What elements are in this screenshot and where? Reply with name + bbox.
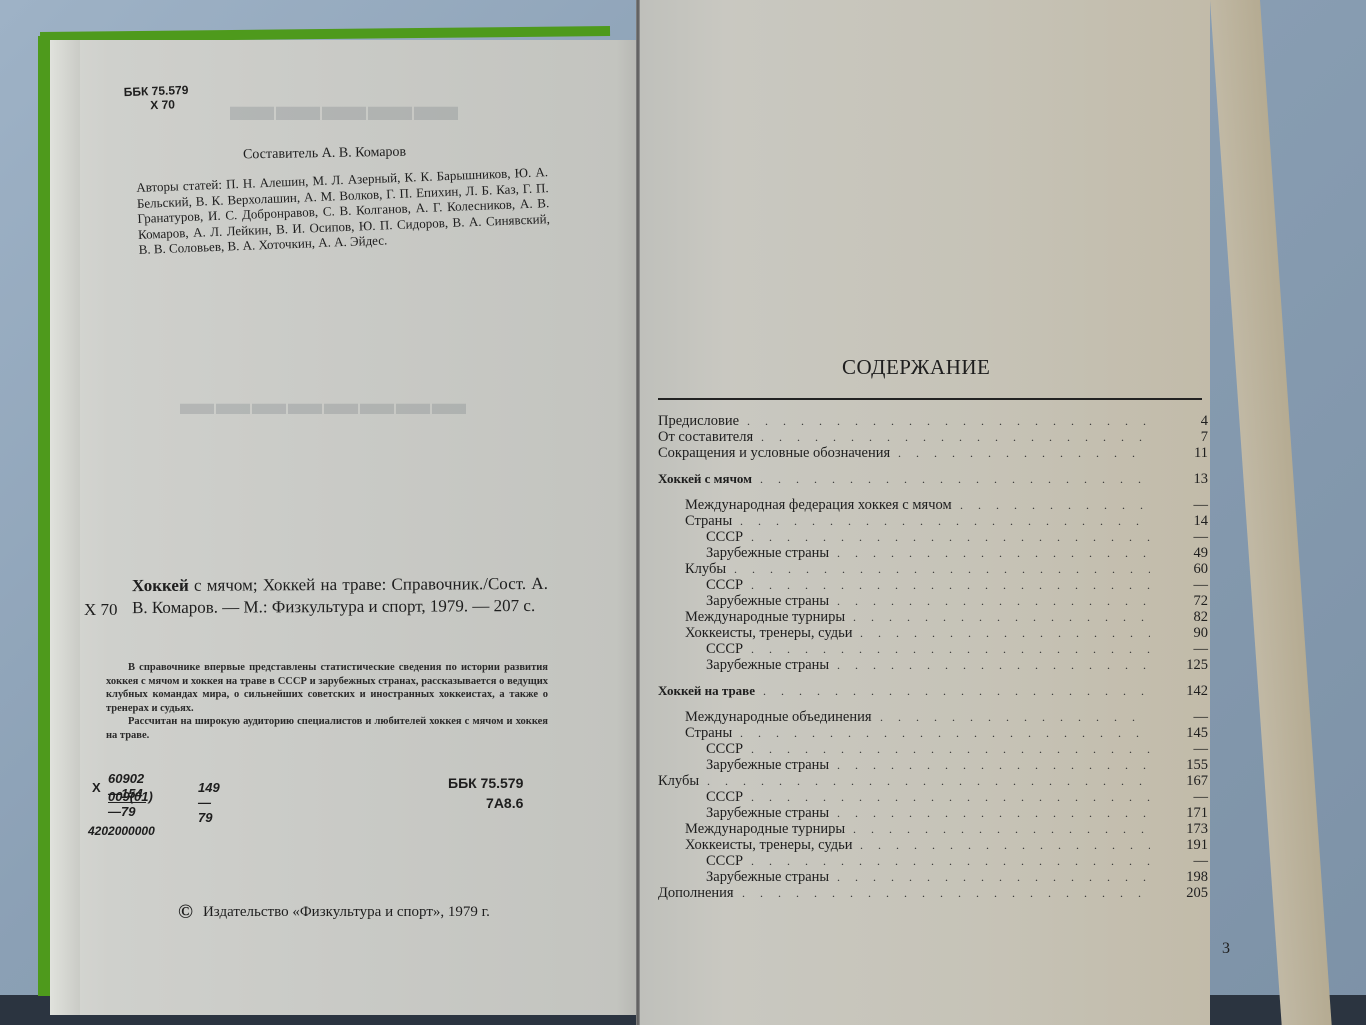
toc-entry-page: 82 xyxy=(1164,609,1208,625)
copyright-icon: © xyxy=(178,901,193,923)
toc-entry-page: 90 xyxy=(1164,625,1208,641)
bbk-line-1: ББК 75.579 xyxy=(124,83,189,99)
toc-title-rule xyxy=(658,398,1202,400)
toc-entry: Зарубежные страны.......................… xyxy=(658,593,1208,609)
toc-entry-label: СССР xyxy=(706,641,743,657)
toc-entry-label: Хоккей с мячом xyxy=(658,471,752,487)
toc-entry-label: Страны xyxy=(685,725,732,741)
annotation: В справочнике впервые представлены стати… xyxy=(106,661,548,743)
toc-entry: Дополнения..............................… xyxy=(658,885,1208,901)
toc-entry: Страны..................................… xyxy=(658,513,1208,529)
toc-entry-label: Зарубежные страны xyxy=(706,545,829,561)
toc-entry-page: 60 xyxy=(1164,561,1208,577)
toc-leader-dots: ........................................ xyxy=(860,625,1150,641)
toc-entry: Клубы...................................… xyxy=(658,561,1208,577)
toc-entry-page: — xyxy=(1164,853,1208,869)
toc-entry-label: Хоккей на траве xyxy=(658,683,755,699)
toc-entry: Предисловие.............................… xyxy=(658,413,1208,429)
toc-leader-dots: ........................................ xyxy=(751,741,1150,757)
toc-leader-dots: ........................................ xyxy=(837,757,1150,773)
toc-entry: СССР....................................… xyxy=(658,529,1208,545)
toc-leader-dots: ........................................ xyxy=(880,709,1150,725)
toc-entry-label: Зарубежные страны xyxy=(706,657,829,673)
toc-entry-label: Страны xyxy=(685,513,732,529)
toc-entry-page: — xyxy=(1164,497,1208,513)
toc-entry-page: — xyxy=(1164,577,1208,593)
toc-entry-page: 167 xyxy=(1164,773,1208,789)
toc-entry: Хоккей с мячом..........................… xyxy=(658,471,1208,487)
fraction-prefix: Х xyxy=(92,780,101,795)
toc-leader-dots: ........................................ xyxy=(751,641,1150,657)
biblio-title-bold: Хоккей xyxy=(132,576,189,595)
toc-entry-page: 72 xyxy=(1164,593,1208,609)
bibliographic-record: Хоккей с мячом; Хоккей на траве: Справоч… xyxy=(132,573,548,618)
toc-leader-dots: ........................................ xyxy=(747,413,1150,429)
fraction-suffix: 149—79 xyxy=(198,780,220,825)
toc-entry: СССР....................................… xyxy=(658,789,1208,805)
toc-entry-label: Хоккеисты, тренеры, судьи xyxy=(685,837,852,853)
toc-leader-dots: ........................................ xyxy=(734,561,1150,577)
toc-entry: Зарубежные страны.......................… xyxy=(658,757,1208,773)
toc-leader-dots: ........................................ xyxy=(740,725,1150,741)
toc-entry: Зарубежные страны.......................… xyxy=(658,805,1208,821)
toc-entry: Международные турниры...................… xyxy=(658,821,1208,837)
bbk-bottom-line-1: ББК 75.579 xyxy=(448,773,523,793)
toc-leader-dots: ........................................ xyxy=(760,471,1150,487)
toc-entry-label: Международные турниры xyxy=(685,609,845,625)
toc-entry-label: Зарубежные страны xyxy=(706,757,829,773)
toc-leader-dots: ........................................ xyxy=(751,853,1150,869)
toc-leader-dots: ........................................ xyxy=(860,837,1150,853)
annotation-paragraph-2: Рассчитан на широкую аудиторию специалис… xyxy=(106,715,548,742)
toc-leader-dots: ........................................ xyxy=(751,529,1150,545)
toc-leader-dots: ........................................ xyxy=(960,497,1150,513)
show-through-artifact: ▬▬▬▬▬ xyxy=(230,80,460,131)
bbk-bottom-line-2: 7А8.6 xyxy=(448,793,523,813)
toc-entry-page: 205 xyxy=(1164,885,1208,901)
toc-leader-dots: ........................................ xyxy=(898,445,1150,461)
biblio-index: Х 70 xyxy=(84,600,118,620)
toc-entry-page: 155 xyxy=(1164,757,1208,773)
toc-entry-page: 14 xyxy=(1164,513,1208,529)
copyright-text: Издательство «Физкультура и спорт», 1979… xyxy=(203,904,490,920)
toc-entry: СССР....................................… xyxy=(658,577,1208,593)
toc-entry-label: Зарубежные страны xyxy=(706,805,829,821)
toc-entry-page: 145 xyxy=(1164,725,1208,741)
toc-leader-dots: ........................................ xyxy=(837,869,1150,885)
toc-leader-dots: ........................................ xyxy=(751,789,1150,805)
toc-entry-page: 171 xyxy=(1164,805,1208,821)
toc-entry: Клубы...................................… xyxy=(658,773,1208,789)
toc-entry: Зарубежные страны.......................… xyxy=(658,545,1208,561)
toc-entry: Международная федерация хоккея с мячом..… xyxy=(658,497,1208,513)
toc-leader-dots: ........................................ xyxy=(742,885,1150,901)
toc-leader-dots: ........................................ xyxy=(837,657,1150,673)
toc-leader-dots: ........................................ xyxy=(761,429,1150,445)
book-code: 4202000000 xyxy=(88,824,155,838)
toc-entry-label: От составителя xyxy=(658,429,753,445)
toc-entry-label: Зарубежные страны xyxy=(706,593,829,609)
toc-entry: Страны..................................… xyxy=(658,725,1208,741)
page-number: 3 xyxy=(1222,940,1230,958)
toc-entry-label: Международная федерация хоккея с мячом xyxy=(685,497,952,513)
table-of-contents: Предисловие.............................… xyxy=(658,413,1208,901)
copyright-line: ©Издательство «Физкультура и спорт», 197… xyxy=(178,901,490,924)
toc-entry-page: 4 xyxy=(1164,413,1208,429)
toc-leader-dots: ........................................ xyxy=(707,773,1150,789)
toc-entry-label: Дополнения xyxy=(658,885,734,901)
compiler-credit: Составитель А. В. Комаров xyxy=(243,145,406,164)
bbk-code-bottom: ББК 75.579 7А8.6 xyxy=(448,773,523,813)
toc-entry-label: Клубы xyxy=(658,773,699,789)
toc-entry-label: Клубы xyxy=(685,561,726,577)
toc-entry-label: СССР xyxy=(706,789,743,805)
toc-leader-dots: ........................................ xyxy=(837,805,1150,821)
bbk-code-top: ББК 75.579 Х 70 xyxy=(124,83,190,113)
toc-entry-label: СССР xyxy=(706,741,743,757)
toc-leader-dots: ........................................ xyxy=(837,593,1150,609)
toc-entry-page: 191 xyxy=(1164,837,1208,853)
toc-entry-page: 125 xyxy=(1164,657,1208,673)
annotation-paragraph-1: В справочнике впервые представлены стати… xyxy=(106,661,548,715)
toc-leader-dots: ........................................ xyxy=(763,683,1150,699)
fraction-denominator: 009(01)—79 xyxy=(108,789,153,819)
toc-entry-page: — xyxy=(1164,641,1208,657)
toc-entry-label: Сокращения и условные обозначения xyxy=(658,445,890,461)
toc-entry: Сокращения и условные обозначения.......… xyxy=(658,445,1208,461)
show-through-artifact: ▬▬▬▬▬▬▬▬ xyxy=(180,385,468,423)
toc-entry-label: Хоккеисты, тренеры, судьи xyxy=(685,625,852,641)
toc-entry-page: 198 xyxy=(1164,869,1208,885)
bbk-line-2: Х 70 xyxy=(124,97,189,113)
toc-entry-page: 13 xyxy=(1164,471,1208,487)
toc-entry-page: — xyxy=(1164,789,1208,805)
toc-entry: Хоккей на траве.........................… xyxy=(658,683,1208,699)
left-page-flyleaf xyxy=(50,40,80,1015)
toc-entry-page: 173 xyxy=(1164,821,1208,837)
toc-entry-label: СССР xyxy=(706,853,743,869)
toc-entry-page: 142 xyxy=(1164,683,1208,699)
toc-entry: СССР....................................… xyxy=(658,641,1208,657)
toc-leader-dots: ........................................ xyxy=(853,821,1150,837)
toc-entry-label: Предисловие xyxy=(658,413,739,429)
toc-entry-label: Зарубежные страны xyxy=(706,869,829,885)
toc-entry: СССР....................................… xyxy=(658,741,1208,757)
toc-title: СОДЕРЖАНИЕ xyxy=(842,355,990,380)
toc-entry-label: СССР xyxy=(706,577,743,593)
toc-entry-label: Международные турниры xyxy=(685,821,845,837)
toc-leader-dots: ........................................ xyxy=(837,545,1150,561)
toc-leader-dots: ........................................ xyxy=(853,609,1150,625)
toc-entry-page: 11 xyxy=(1164,445,1208,461)
toc-entry-page: — xyxy=(1164,529,1208,545)
toc-leader-dots: ........................................ xyxy=(740,513,1150,529)
toc-entry: Международные турниры...................… xyxy=(658,609,1208,625)
toc-entry-page: 49 xyxy=(1164,545,1208,561)
book-gutter xyxy=(636,0,640,1025)
toc-entry-page: — xyxy=(1164,741,1208,757)
authors-list: Авторы статей: П. Н. Алешин, М. Л. Азерн… xyxy=(136,164,551,258)
toc-entry: Хоккеисты, тренеры, судьи...............… xyxy=(658,625,1208,641)
toc-entry: Зарубежные страны.......................… xyxy=(658,869,1208,885)
toc-entry: Международные объединения...............… xyxy=(658,709,1208,725)
toc-entry: Зарубежные страны.......................… xyxy=(658,657,1208,673)
toc-entry-page: — xyxy=(1164,709,1208,725)
toc-leader-dots: ........................................ xyxy=(751,577,1150,593)
toc-entry-page: 7 xyxy=(1164,429,1208,445)
toc-entry: СССР....................................… xyxy=(658,853,1208,869)
toc-entry-label: СССР xyxy=(706,529,743,545)
toc-entry-label: Международные объединения xyxy=(685,709,872,725)
biblio-text: с мячом; Хоккей на траве: Справочник./Со… xyxy=(132,574,548,617)
toc-entry: От составителя..........................… xyxy=(658,429,1208,445)
toc-entry: Хоккеисты, тренеры, судьи...............… xyxy=(658,837,1208,853)
